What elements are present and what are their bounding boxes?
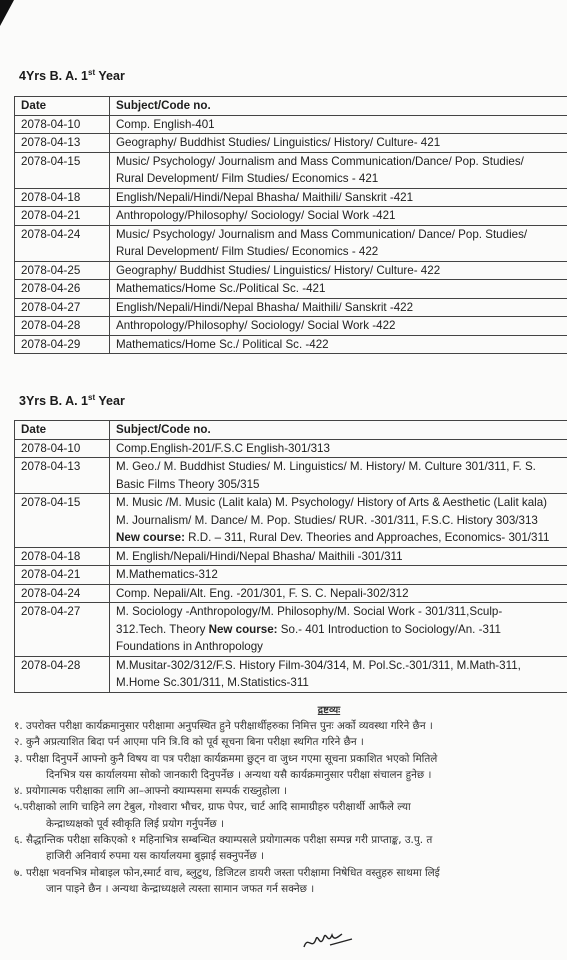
subject-text: M. Journalism/ M. Dance/ M. Pop. Studies… [116, 514, 538, 527]
exam-date: 2078-04-25 [15, 261, 110, 280]
subject-line: Comp.English-201/F.S.C English-301/313 [116, 440, 567, 458]
table-row: 2078-04-18English/Nepali/Hindi/Nepal Bha… [15, 188, 567, 207]
exam-date: 2078-04-24 [15, 225, 110, 261]
exam-date: 2078-04-13 [15, 134, 110, 153]
exam-subjects: Mathematics/Home Sc./Political Sc. -421 [110, 280, 567, 299]
subject-text: Music/ Psychology/ Journalism and Mass C… [116, 155, 524, 168]
note-line: ३. परीक्षा दिनुपर्ने आफ्नो कुनै विषय वा … [14, 751, 567, 767]
exam-subjects: M. Sociology -Anthropology/M. Philosophy… [110, 603, 567, 657]
table-row: 2078-04-18M. English/Nepali/Hindi/Nepal … [15, 547, 567, 566]
subject-text: Foundations in Anthropology [116, 640, 263, 653]
exam-date: 2078-04-18 [15, 547, 110, 566]
exam-date: 2078-04-15 [15, 494, 110, 548]
subject-line: Comp. English-401 [116, 116, 567, 134]
subject-line: Mathematics/Home Sc./ Political Sc. -422 [116, 336, 567, 354]
table-row: 2078-04-13Geography/ Buddhist Studies/ L… [15, 134, 567, 153]
exam-date: 2078-04-28 [15, 656, 110, 692]
exam-subjects: Anthropology/Philosophy/ Sociology/ Soci… [110, 317, 567, 336]
subject-text: Rural Development/ Film Studies/ Economi… [116, 172, 378, 185]
table-row: 2078-04-15Music/ Psychology/ Journalism … [15, 152, 567, 188]
subject-line: Anthropology/Philosophy/ Sociology/ Soci… [116, 207, 567, 225]
subject-line: M. Sociology -Anthropology/M. Philosophy… [116, 603, 567, 621]
subject-text: Geography/ Buddhist Studies/ Linguistics… [116, 136, 440, 149]
note-item: १. उपरोक्त परीक्षा कार्यक्रमानुसार परीक्… [14, 718, 567, 734]
table-row: 2078-04-24Music/ Psychology/ Journalism … [15, 225, 567, 261]
note-item: ५.परीक्षाको लागि चाहिने लग टेबुल, गोश्वा… [14, 799, 567, 832]
subject-line: Basic Films Theory 305/315 [116, 476, 567, 494]
subject-text: Comp. English-401 [116, 118, 215, 131]
subject-line: M.Musitar-302/312/F.S. History Film-304/… [116, 657, 567, 675]
table-row: 2078-04-15M. Music /M. Music (Lalit kala… [15, 494, 567, 548]
note-line: ६. सैद्धान्तिक परीक्षा सकिएको १ महिनाभित… [14, 832, 567, 848]
subject-text: Basic Films Theory 305/315 [116, 478, 259, 491]
subject-line: Rural Development/ Film Studies/ Economi… [116, 243, 567, 261]
subject-line: M. Geo./ M. Buddhist Studies/ M. Linguis… [116, 458, 567, 476]
exam-date: 2078-04-21 [15, 566, 110, 585]
note-line: दिनभित्र यस कार्यालयमा सोको जानकारी दिनु… [14, 767, 567, 783]
exam-subjects: Geography/ Buddhist Studies/ Linguistics… [110, 261, 567, 280]
subject-line: M.Mathematics-312 [116, 566, 567, 584]
table-row: 2078-04-25Geography/ Buddhist Studies/ L… [15, 261, 567, 280]
exam-subjects: M.Mathematics-312 [110, 566, 567, 585]
title-text: 3Yrs B. A. 1 [19, 394, 88, 408]
header-subject: Subject/Code no. [110, 97, 567, 116]
new-course-label: New course: [209, 623, 278, 636]
table-header-row: Date Subject/Code no. [15, 97, 567, 116]
subject-line: New course: R.D. – 311, Rural Dev. Theor… [116, 529, 567, 547]
subject-line: Music/ Psychology/ Journalism and Mass C… [116, 153, 567, 171]
header-subject: Subject/Code no. [110, 421, 567, 440]
subject-line: Foundations in Anthropology [116, 638, 567, 656]
exam-subjects: Anthropology/Philosophy/ Sociology/ Soci… [110, 207, 567, 226]
subject-line: Anthropology/Philosophy/ Sociology/ Soci… [116, 317, 567, 335]
exam-date: 2078-04-29 [15, 335, 110, 354]
note-line: जान पाइने छैन । अन्यथा केन्द्राध्यक्षले … [14, 881, 567, 897]
table-row: 2078-04-21Anthropology/Philosophy/ Socio… [15, 207, 567, 226]
note-line: ५.परीक्षाको लागि चाहिने लग टेबुल, गोश्वा… [14, 799, 567, 815]
exam-subjects: Mathematics/Home Sc./ Political Sc. -422 [110, 335, 567, 354]
table-row: 2078-04-27English/Nepali/Hindi/Nepal Bha… [15, 298, 567, 317]
subject-text: M.Mathematics-312 [116, 568, 218, 581]
exam-date: 2078-04-26 [15, 280, 110, 299]
handwritten-signature-icon [300, 925, 360, 955]
table-row: 2078-04-28Anthropology/Philosophy/ Socio… [15, 317, 567, 336]
exam-subjects: Music/ Psychology/ Journalism and Mass C… [110, 152, 567, 188]
subject-text: M. English/Nepali/Hindi/Nepal Bhasha/ Ma… [116, 550, 403, 563]
subject-text: English/Nepali/Hindi/Nepal Bhasha/ Maith… [116, 301, 413, 314]
note-line: हाजिरी अनिवार्य रुपमा यस कार्यालयमा बुझा… [14, 848, 567, 864]
header-date: Date [15, 421, 110, 440]
subject-line: 312.Tech. Theory New course: So.- 401 In… [116, 621, 567, 639]
exam-subjects: English/Nepali/Hindi/Nepal Bhasha/ Maith… [110, 188, 567, 207]
subject-text: Mathematics/Home Sc./ Political Sc. -422 [116, 338, 329, 351]
note-item: २. कुनै अप्रत्याशित बिदा पर्न आएमा पनि त… [14, 734, 567, 750]
subject-text: M. Music /M. Music (Lalit kala) M. Psych… [116, 496, 547, 509]
subject-text: Rural Development/ Film Studies/ Economi… [116, 245, 378, 258]
exam-subjects: M. English/Nepali/Hindi/Nepal Bhasha/ Ma… [110, 547, 567, 566]
note-line: २. कुनै अप्रत्याशित बिदा पर्न आएमा पनि त… [14, 734, 567, 750]
subject-text: Music/ Psychology/ Journalism and Mass C… [116, 228, 527, 241]
table-row: 2078-04-10Comp.English-201/F.S.C English… [15, 439, 567, 458]
subject-text: Anthropology/Philosophy/ Sociology/ Soci… [116, 319, 395, 332]
subject-text: Comp.English-201/F.S.C English-301/313 [116, 442, 330, 455]
table-row: 2078-04-26Mathematics/Home Sc./Political… [15, 280, 567, 299]
subject-text: M. Geo./ M. Buddhist Studies/ M. Linguis… [116, 460, 536, 473]
subject-text: Comp. Nepali/Alt. Eng. -201/301, F. S. C… [116, 587, 409, 600]
note-item: ४. प्रयोगात्मक परीक्षाका लागि आ–आफ्नो क्… [14, 783, 567, 799]
scan-corner-mark [0, 0, 14, 26]
subject-line: M. English/Nepali/Hindi/Nepal Bhasha/ Ma… [116, 548, 567, 566]
schedule-table-3yrs: Date Subject/Code no. 2078-04-10Comp.Eng… [14, 420, 567, 693]
table-header-row: Date Subject/Code no. [15, 421, 567, 440]
schedule-table-4yrs: Date Subject/Code no. 2078-04-10Comp. En… [14, 96, 567, 354]
subject-line: English/Nepali/Hindi/Nepal Bhasha/ Maith… [116, 189, 567, 207]
subject-line: Rural Development/ Film Studies/ Economi… [116, 170, 567, 188]
title-text: 4Yrs B. A. 1 [19, 69, 88, 83]
subject-text: So.- 401 Introduction to Sociology/An. -… [278, 623, 501, 636]
title-suffix: Year [95, 69, 125, 83]
note-item: ६. सैद्धान्तिक परीक्षा सकिएको १ महिनाभित… [14, 832, 567, 865]
section-title-3yrs: 3Yrs B. A. 1st Year [19, 393, 125, 408]
subject-text: Mathematics/Home Sc./Political Sc. -421 [116, 282, 325, 295]
notes-list: १. उपरोक्त परीक्षा कार्यक्रमानुसार परीक्… [14, 718, 567, 897]
table-row: 2078-04-10Comp. English-401 [15, 115, 567, 134]
exam-subjects: M.Musitar-302/312/F.S. History Film-304/… [110, 656, 567, 692]
exam-date: 2078-04-13 [15, 458, 110, 494]
exam-subjects: Geography/ Buddhist Studies/ Linguistics… [110, 134, 567, 153]
note-line: ७. परीक्षा भवनभित्र मोबाइल फोन,स्मार्ट व… [14, 865, 567, 881]
notes-section: द्रष्टव्यः १. उपरोक्त परीक्षा कार्यक्रमा… [14, 703, 567, 897]
subject-line: English/Nepali/Hindi/Nepal Bhasha/ Maith… [116, 299, 567, 317]
table-row: 2078-04-13M. Geo./ M. Buddhist Studies/ … [15, 458, 567, 494]
subject-line: M. Music /M. Music (Lalit kala) M. Psych… [116, 494, 567, 512]
subject-text: English/Nepali/Hindi/Nepal Bhasha/ Maith… [116, 191, 413, 204]
subject-text: M. Sociology -Anthropology/M. Philosophy… [116, 605, 502, 618]
new-course-label: New course: [116, 531, 185, 544]
table-row: 2078-04-29Mathematics/Home Sc./ Politica… [15, 335, 567, 354]
subject-text: M.Musitar-302/312/F.S. History Film-304/… [116, 659, 521, 672]
note-line: केन्द्राध्यक्षको पूर्व स्वीकृति लिई प्रय… [14, 816, 567, 832]
exam-subjects: Comp. Nepali/Alt. Eng. -201/301, F. S. C… [110, 584, 567, 603]
exam-subjects: M. Music /M. Music (Lalit kala) M. Psych… [110, 494, 567, 548]
exam-subjects: English/Nepali/Hindi/Nepal Bhasha/ Maith… [110, 298, 567, 317]
subject-text: Anthropology/Philosophy/ Sociology/ Soci… [116, 209, 395, 222]
subject-line: Music/ Psychology/ Journalism and Mass C… [116, 226, 567, 244]
table-row: 2078-04-28M.Musitar-302/312/F.S. History… [15, 656, 567, 692]
exam-date: 2078-04-10 [15, 439, 110, 458]
subject-line: Mathematics/Home Sc./Political Sc. -421 [116, 280, 567, 298]
subject-text: R.D. – 311, Rural Dev. Theories and Appr… [185, 531, 550, 544]
exam-date: 2078-04-27 [15, 298, 110, 317]
table-row: 2078-04-27M. Sociology -Anthropology/M. … [15, 603, 567, 657]
section-title-4yrs: 4Yrs B. A. 1st Year [19, 68, 125, 83]
title-suffix: Year [95, 394, 125, 408]
exam-date: 2078-04-18 [15, 188, 110, 207]
subject-text: M.Home Sc.301/311, M.Statistics-311 [116, 676, 309, 689]
exam-date: 2078-04-21 [15, 207, 110, 226]
subject-line: M.Home Sc.301/311, M.Statistics-311 [116, 674, 567, 692]
subject-text: Geography/ Buddhist Studies/ Linguistics… [116, 264, 440, 277]
subject-line: Geography/ Buddhist Studies/ Linguistics… [116, 134, 567, 152]
note-item: ३. परीक्षा दिनुपर्ने आफ्नो कुनै विषय वा … [14, 751, 567, 784]
exam-date: 2078-04-28 [15, 317, 110, 336]
subject-line: Comp. Nepali/Alt. Eng. -201/301, F. S. C… [116, 585, 567, 603]
note-item: ७. परीक्षा भवनभित्र मोबाइल फोन,स्मार्ट व… [14, 865, 567, 898]
exam-date: 2078-04-24 [15, 584, 110, 603]
exam-date: 2078-04-27 [15, 603, 110, 657]
subject-line: M. Journalism/ M. Dance/ M. Pop. Studies… [116, 512, 567, 530]
exam-subjects: Music/ Psychology/ Journalism and Mass C… [110, 225, 567, 261]
header-date: Date [15, 97, 110, 116]
exam-subjects: Comp. English-401 [110, 115, 567, 134]
notes-title: द्रष्टव्यः [14, 703, 567, 718]
exam-subjects: Comp.English-201/F.S.C English-301/313 [110, 439, 567, 458]
table-row: 2078-04-24Comp. Nepali/Alt. Eng. -201/30… [15, 584, 567, 603]
exam-date: 2078-04-10 [15, 115, 110, 134]
table-row: 2078-04-21M.Mathematics-312 [15, 566, 567, 585]
subject-line: Geography/ Buddhist Studies/ Linguistics… [116, 262, 567, 280]
exam-subjects: M. Geo./ M. Buddhist Studies/ M. Linguis… [110, 458, 567, 494]
subject-text: 312.Tech. Theory [116, 623, 209, 636]
note-line: ४. प्रयोगात्मक परीक्षाका लागि आ–आफ्नो क्… [14, 783, 567, 799]
exam-date: 2078-04-15 [15, 152, 110, 188]
note-line: १. उपरोक्त परीक्षा कार्यक्रमानुसार परीक्… [14, 718, 567, 734]
